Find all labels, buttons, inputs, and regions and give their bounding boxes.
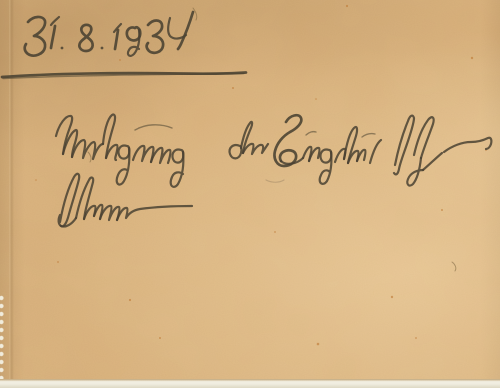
scanner-background-strip [0,379,500,388]
handwriting-layer: 31. 8. 1934 Umlegung der Ziegel [0,0,500,380]
scanned-note-photo: 31. 8. 1934 Umlegung der Ziegel [0,0,500,388]
